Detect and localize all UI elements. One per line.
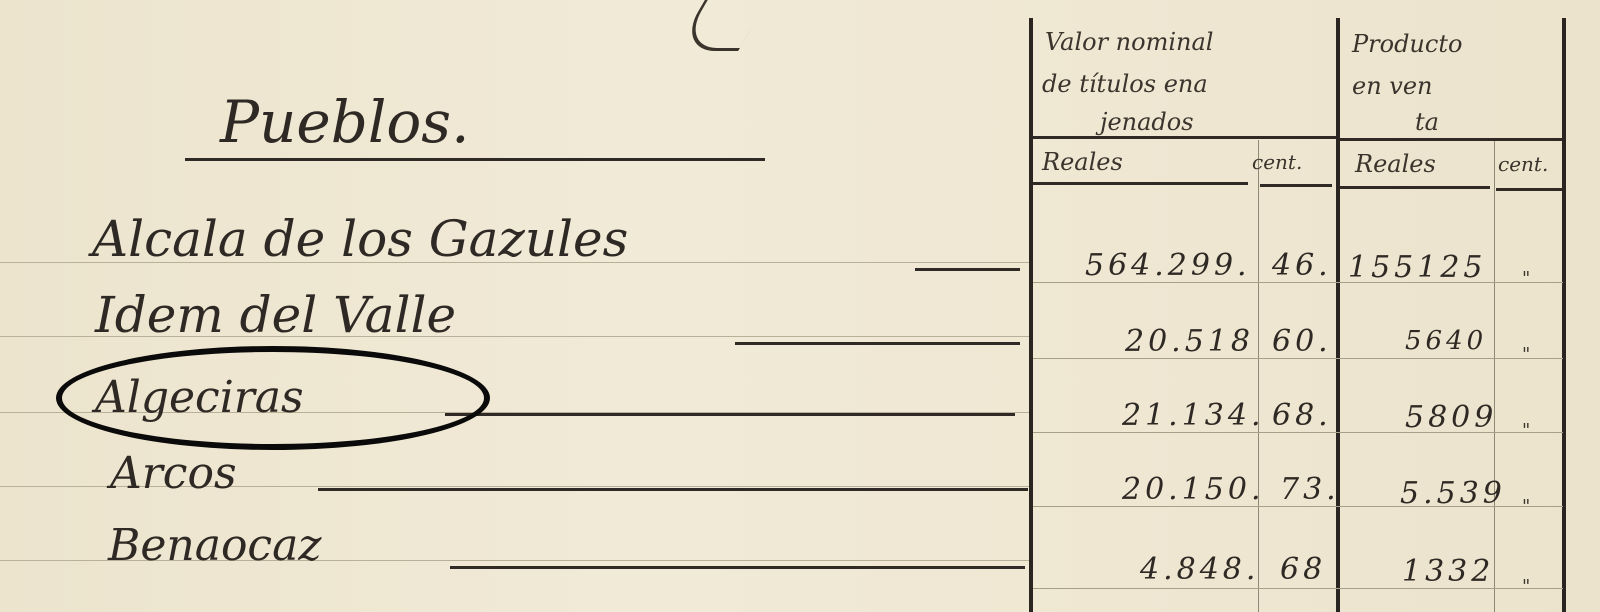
pueblo-name: Benaocaz (108, 520, 322, 571)
valor-reales: 20.518 (1125, 324, 1254, 359)
producto-cent: " (1522, 576, 1530, 597)
valor-cent: 73. (1280, 472, 1340, 507)
header-producto-line3: ta (1415, 108, 1439, 136)
header-producto-line1: Producto (1352, 30, 1462, 58)
valor-reales: 20.150. (1122, 472, 1265, 507)
leader-line (450, 566, 1025, 569)
flourish-stroke (675, 0, 767, 51)
header-valor-line1: Valor nominal (1045, 28, 1213, 56)
producto-cent: " (1522, 268, 1530, 289)
column-border (1562, 18, 1566, 612)
subheader-rule (1260, 184, 1332, 187)
cent-divider (1494, 140, 1495, 612)
leader-line (915, 268, 1020, 271)
valor-cent: 68 (1280, 552, 1326, 587)
subheader-reales: Reales (1042, 148, 1123, 176)
table-row-rule (1033, 588, 1563, 589)
producto-reales: 1332 (1402, 554, 1494, 589)
table-row-rule (1033, 282, 1563, 283)
table-row-rule (1033, 506, 1563, 507)
valor-cent: 68. (1272, 398, 1332, 433)
valor-cent: 46. (1272, 248, 1332, 283)
valor-cent: 60. (1272, 324, 1332, 359)
header-valor-line3: jenados (1100, 108, 1194, 136)
header-valor-line2: de títulos ena (1042, 70, 1208, 98)
leader-line (445, 413, 1015, 416)
producto-reales: 5640 (1405, 326, 1487, 356)
ledger-page: Pueblos. Alcala de los Gazules Idem del … (0, 0, 1600, 612)
subheader-reales: Reales (1355, 150, 1436, 178)
pueblo-name: Arcos (110, 448, 237, 499)
subheader-rule (1496, 188, 1562, 191)
cent-divider (1258, 140, 1259, 612)
subheader-rule (1033, 182, 1248, 185)
valor-reales: 21.134. (1122, 398, 1265, 433)
producto-reales: 155125 (1348, 250, 1487, 285)
subheader-rule (1340, 186, 1490, 189)
producto-cent: " (1522, 420, 1530, 441)
valor-reales: 564.299. (1085, 248, 1251, 283)
producto-reales: 5809 (1405, 400, 1497, 435)
table-row-rule (1033, 358, 1563, 359)
table-row-rule (1033, 432, 1563, 433)
column-border (1029, 18, 1033, 612)
valor-reales: 4.848. (1140, 552, 1259, 587)
subheader-cent: cent. (1498, 152, 1548, 176)
title-underline (185, 158, 765, 161)
leader-line (318, 488, 1028, 491)
pueblo-name: Alcala de los Gazules (92, 210, 628, 268)
subheader-cent: cent. (1252, 150, 1302, 174)
section-title: Pueblos. (220, 88, 470, 156)
header-rule (1340, 138, 1562, 141)
header-producto-line2: en ven (1352, 72, 1433, 100)
column-border (1336, 18, 1340, 612)
highlight-circle (56, 346, 490, 450)
pueblo-name: Idem del Valle (95, 286, 456, 344)
producto-cent: " (1522, 344, 1530, 365)
header-rule (1033, 136, 1336, 139)
leader-line (735, 342, 1020, 345)
